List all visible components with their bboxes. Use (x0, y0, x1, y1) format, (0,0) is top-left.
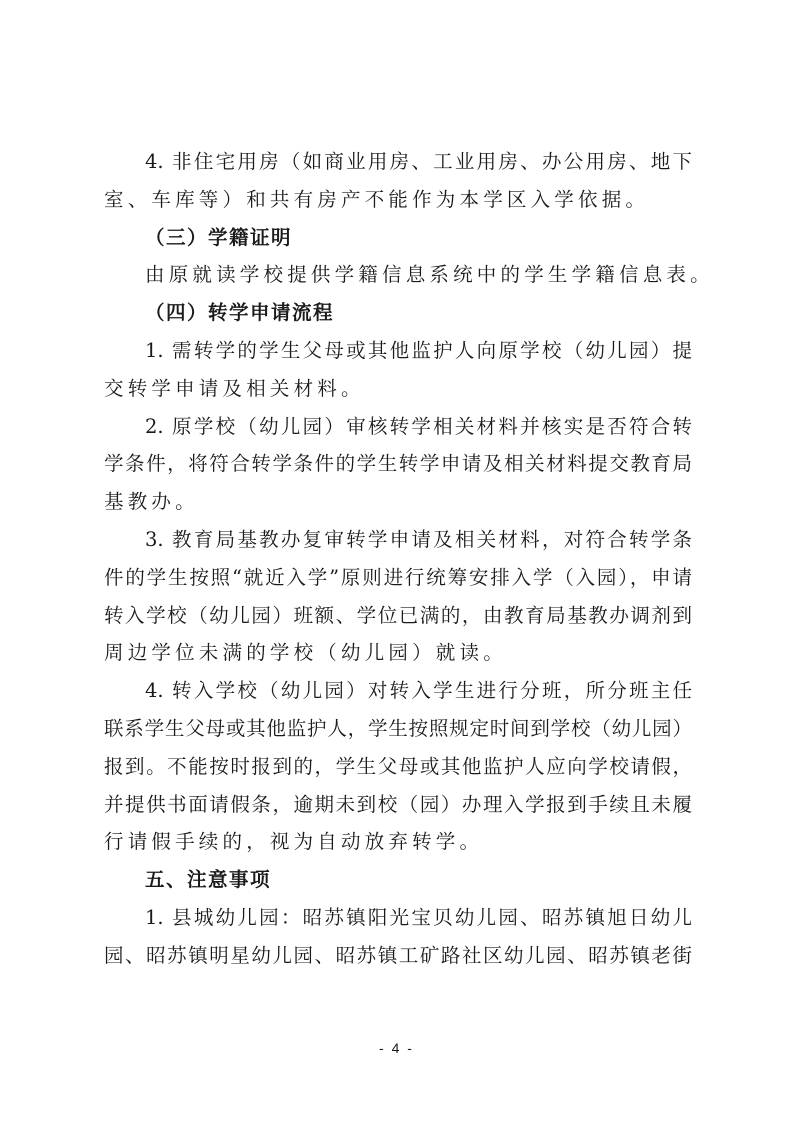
paragraph-line: 件的学生按照“就近入学”原则进行统筹安排入学（入园），申请 (104, 559, 692, 597)
paragraph-line: 行请假手续的，视为自动放弃转学。 (104, 823, 692, 861)
line-text: 联系学生父母或其他监护人，学生按照规定时间到学校（幼儿园） (104, 710, 692, 748)
paragraph-line: 2. 原学校（幼儿园）审核转学相关材料并核实是否符合转 (104, 408, 692, 446)
heading-text: （四）转学申请流程 (145, 301, 334, 324)
line-text: 转入学校（幼儿园）班额、学位已满的，由教育局基教办调剂到 (104, 597, 692, 635)
paragraph-line: 基教办。 (104, 483, 692, 521)
line-text: 报到。不能按时报到的，学生父母或其他监护人应向学校请假， (104, 748, 692, 786)
paragraph-line: 3. 教育局基教办复审转学申请及相关材料，对符合转学条 (104, 521, 692, 559)
line-text: 基教办。 (104, 490, 199, 513)
paragraph-line: 联系学生父母或其他监护人，学生按照规定时间到学校（幼儿园） (104, 710, 692, 748)
paragraph-line: 并提供书面请假条，逾期未到校（园）办理入学报到手续且未履 (104, 786, 692, 824)
section-heading-notes: 五、注意事项 (104, 861, 692, 899)
line-text: 由原就读学校提供学籍信息系统中的学生学籍信息表。 (145, 263, 714, 286)
paragraph-line: 园、昭苏镇明星幼儿园、昭苏镇工矿路社区幼儿园、昭苏镇老街 (104, 937, 692, 975)
line-text: 并提供书面请假条，逾期未到校（园）办理入学报到手续且未履 (104, 786, 692, 824)
line-text: 室、车库等）和共有房产不能作为本学区入学依据。 (104, 188, 649, 211)
paragraph-line: 1. 县城幼儿园：昭苏镇阳光宝贝幼儿园、昭苏镇旭日幼儿 (104, 899, 692, 937)
paragraph-line: 周边学位未满的学校（幼儿园）就读。 (104, 634, 692, 672)
document-body: 4. 非住宅用房（如商业用房、工业用房、办公用房、地下 室、车库等）和共有房产不… (104, 143, 692, 975)
line-text: 3. 教育局基教办复审转学申请及相关材料，对符合转学条 (145, 521, 692, 559)
line-text: 1. 县城幼儿园：昭苏镇阳光宝贝幼儿园、昭苏镇旭日幼儿 (145, 899, 692, 937)
paragraph-line: 1. 需转学的学生父母或其他监护人向原学校（幼儿园）提 (104, 332, 692, 370)
paragraph-line: 学条件，将符合转学条件的学生转学申请及相关材料提交教育局 (104, 445, 692, 483)
paragraph-line: 4. 转入学校（幼儿园）对转入学生进行分班，所分班主任 (104, 672, 692, 710)
line-text: 周边学位未满的学校（幼儿园）就读。 (104, 641, 507, 664)
line-text: 2. 原学校（幼儿园）审核转学相关材料并核实是否符合转 (145, 408, 692, 446)
line-text: 学条件，将符合转学条件的学生转学申请及相关材料提交教育局 (104, 445, 692, 483)
line-text: 件的学生按照“就近入学”原则进行统筹安排入学（入园），申请 (104, 559, 692, 597)
paragraph-line: 交转学申请及相关材料。 (104, 370, 692, 408)
paragraph-line: 转入学校（幼儿园）班额、学位已满的，由教育局基教办调剂到 (104, 597, 692, 635)
section-heading-student-status: （三）学籍证明 (104, 219, 692, 257)
heading-text: （三）学籍证明 (145, 226, 292, 249)
paragraph-line: 由原就读学校提供学籍信息系统中的学生学籍信息表。 (104, 256, 692, 294)
paragraph-line: 室、车库等）和共有房产不能作为本学区入学依据。 (104, 181, 692, 219)
heading-text: 五、注意事项 (145, 868, 271, 891)
line-text: 1. 需转学的学生父母或其他监护人向原学校（幼儿园）提 (145, 332, 692, 370)
line-text: 4. 非住宅用房（如商业用房、工业用房、办公用房、地下 (145, 143, 692, 181)
paragraph-line: 报到。不能按时报到的，学生父母或其他监护人应向学校请假， (104, 748, 692, 786)
line-text: 4. 转入学校（幼儿园）对转入学生进行分班，所分班主任 (145, 672, 692, 710)
line-text: 行请假手续的，视为自动放弃转学。 (104, 830, 483, 853)
line-text: 园、昭苏镇明星幼儿园、昭苏镇工矿路社区幼儿园、昭苏镇老街 (104, 937, 692, 975)
paragraph-line: 4. 非住宅用房（如商业用房、工业用房、办公用房、地下 (104, 143, 692, 181)
section-heading-transfer-process: （四）转学申请流程 (104, 294, 692, 332)
page-number: - 4 - (0, 1040, 793, 1056)
line-text: 交转学申请及相关材料。 (104, 377, 365, 400)
